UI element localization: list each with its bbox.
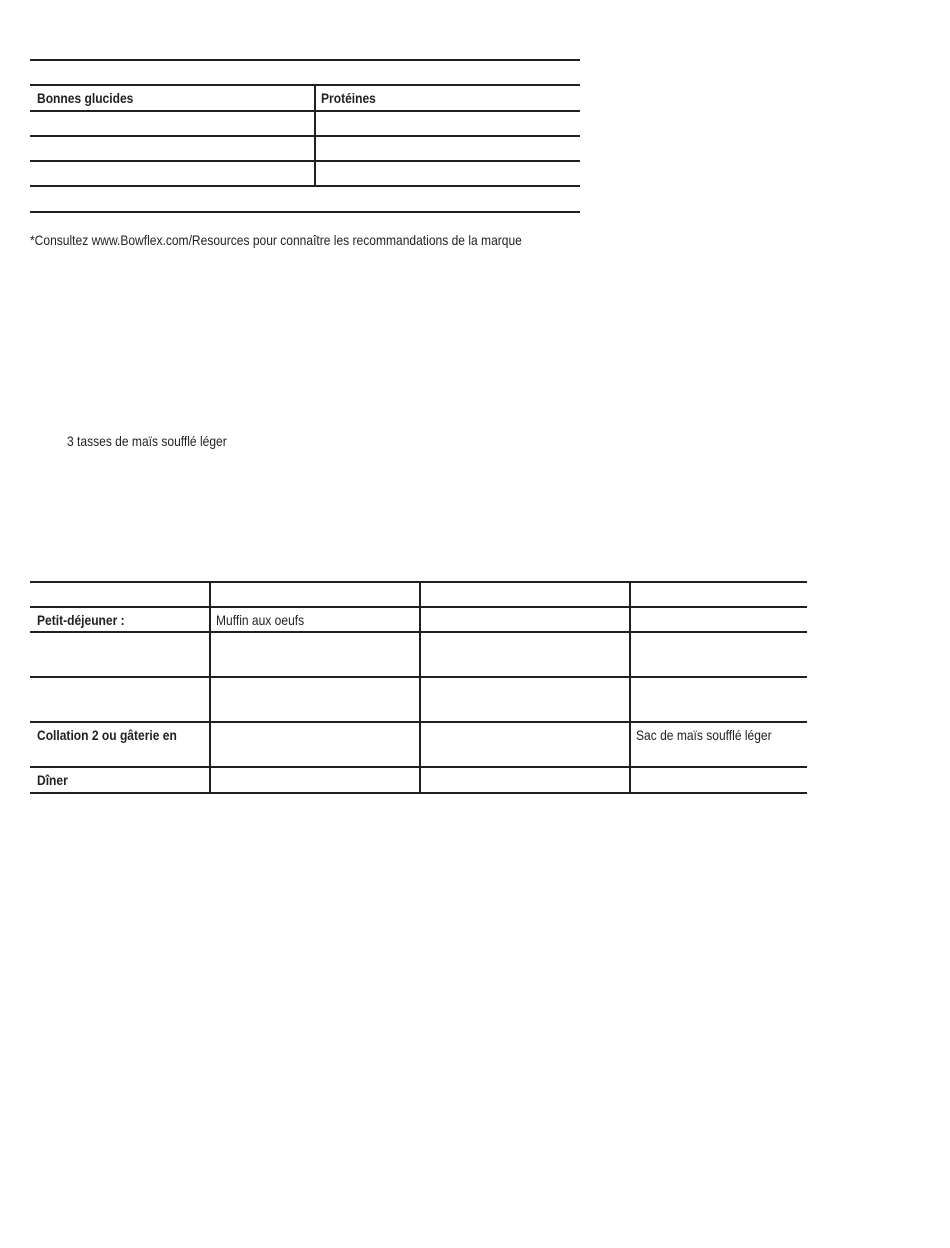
column-divider xyxy=(419,581,421,793)
table-rule xyxy=(30,160,580,162)
table-rule xyxy=(30,135,580,137)
column-header-good-carbs: Bonnes glucides xyxy=(37,90,133,106)
table-rule xyxy=(30,211,580,213)
row-label-breakfast: Petit-déjeuner : xyxy=(37,612,125,628)
table-rule xyxy=(30,84,580,86)
column-divider xyxy=(209,581,211,793)
table-rule xyxy=(30,110,580,112)
footnote: *Consultez www.Bowflex.com/Resources pou… xyxy=(30,232,522,248)
column-header-proteins: Protéines xyxy=(321,90,376,106)
table-cell: Sac de maïs soufflé léger xyxy=(636,727,772,743)
column-divider xyxy=(629,581,631,793)
table-rule xyxy=(30,185,580,187)
table-rule xyxy=(30,59,580,61)
row-label-snack-2: Collation 2 ou gâterie en xyxy=(37,727,177,743)
snack-note: 3 tasses de maïs soufflé léger xyxy=(67,433,227,449)
column-divider xyxy=(314,84,316,187)
table-cell: Muffin aux oeufs xyxy=(216,612,304,628)
row-label-dinner: Dîner xyxy=(37,772,68,788)
